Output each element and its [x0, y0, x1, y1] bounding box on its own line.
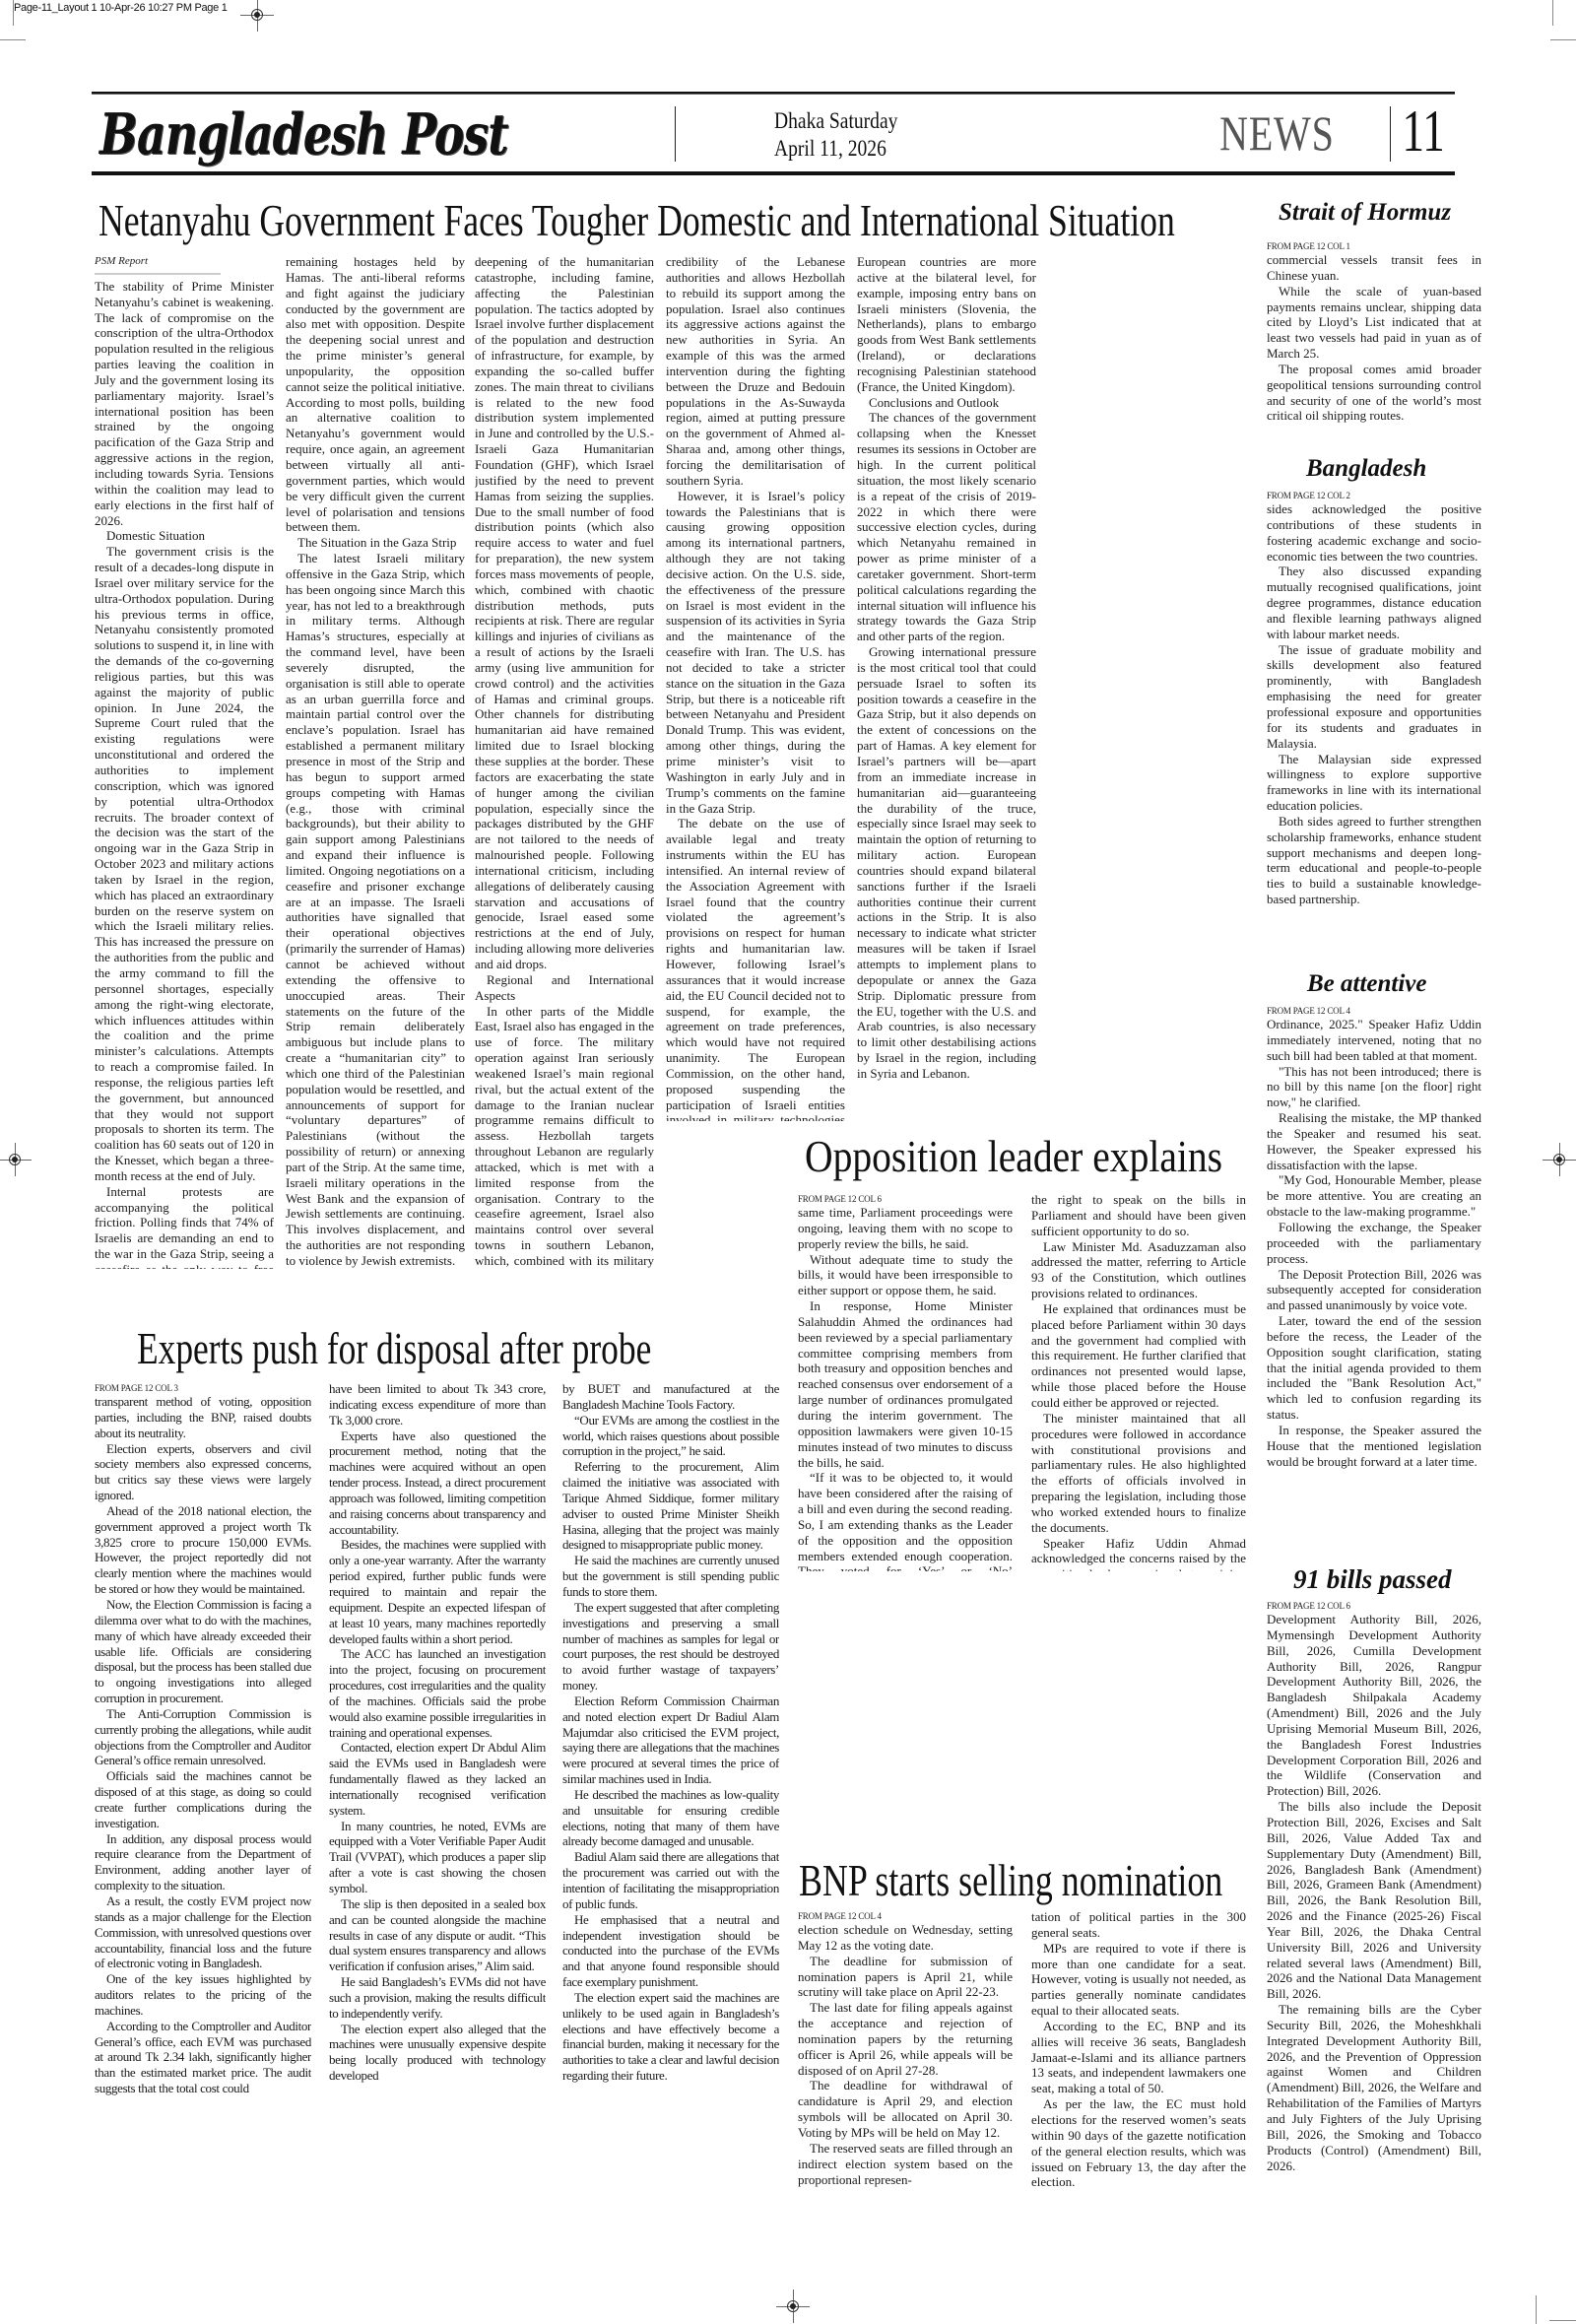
page-number: 11	[1403, 98, 1445, 166]
paragraph: The ACC has launched an investigation in…	[329, 1646, 546, 1740]
col-body: remaining hostages held by Hamas. The an…	[286, 254, 465, 1269]
paragraph: The deadline for submission of nominatio…	[798, 1954, 1013, 2001]
col-body: commercial vessels transit fees in Chine…	[1267, 252, 1481, 424]
paragraph: The issue of graduate mobility and skill…	[1267, 642, 1481, 752]
paragraph: He emphasised that a neutral and indepen…	[562, 1912, 779, 1990]
paragraph: According to the EC, BNP and its allies …	[1031, 2019, 1246, 2096]
paragraph: Election Reform Commission Chairman and …	[562, 1693, 779, 1787]
paragraph: election schedule on Wednesday, setting …	[798, 1922, 1013, 1954]
article-column: PSM Report The stability of Prime Minist…	[95, 254, 274, 1269]
paragraph: The deadline for withdrawal of candidatu…	[798, 2078, 1013, 2140]
masthead: Bangladesh Post Dhaka Saturday April 11,…	[92, 92, 1455, 175]
article-column: tation of political parties in the 300 g…	[1031, 1909, 1246, 2234]
headline-hormuz: Strait of Hormuz	[1279, 199, 1451, 227]
paragraph: deepening of the humanitarian catastroph…	[475, 254, 654, 972]
paragraph: “Our EVMs are among the costliest in the…	[562, 1413, 779, 1460]
paragraph: The election expert said the machines ar…	[562, 1990, 779, 2084]
paragraph: Both sides agreed to further strengthen …	[1267, 814, 1481, 907]
paragraph: The expert suggested that after completi…	[562, 1600, 779, 1693]
subheading: Conclusions and Outlook	[857, 395, 1036, 411]
paragraph: While the scale of yuan-based payments r…	[1267, 284, 1481, 362]
paragraph: The Anti-Corruption Commission is curren…	[95, 1706, 311, 1768]
col-body: The stability of Prime Minister Netanyah…	[95, 279, 274, 1269]
paragraph: Without adequate time to study the bills…	[798, 1252, 1013, 1299]
paragraph: “If it was to be objected to, it would h…	[798, 1470, 1013, 1571]
crop-mark	[0, 39, 26, 40]
paragraph: The election expert also alleged that th…	[329, 2022, 546, 2084]
article-column: FROM PAGE 12 COL 6 same time, Parliament…	[798, 1192, 1013, 1571]
headline-opposition: Opposition leader explains	[805, 1130, 1222, 1182]
paragraph: He explained that ordinances must be pla…	[1031, 1301, 1246, 1411]
col-body: Ordinance, 2025." Speaker Hafiz Uddin im…	[1267, 1017, 1481, 1469]
paragraph: As per the law, the EC must hold electio…	[1031, 2096, 1246, 2190]
dateline: Dhaka Saturday April 11, 2026	[774, 107, 897, 163]
from-page-label: FROM PAGE 12 COL 3	[95, 1381, 311, 1394]
paragraph: He described the machines as low-quality…	[562, 1787, 779, 1849]
paragraph: have been limited to about Tk 343 crore,…	[329, 1381, 546, 1428]
paragraph: In addition, any disposal process would …	[95, 1831, 311, 1893]
paragraph: Internal protests are accompanying the p…	[95, 1184, 274, 1269]
paragraph: Ahead of the 2018 national election, the…	[95, 1503, 311, 1597]
paragraph: Election experts, observers and civil so…	[95, 1441, 311, 1503]
paragraph: remaining hostages held by Hamas. The an…	[286, 254, 465, 535]
crop-mark	[1550, 39, 1576, 40]
paragraph: The minister maintained that all procedu…	[1031, 1411, 1246, 1536]
col-body: tation of political parties in the 300 g…	[1031, 1909, 1246, 2190]
col-body: have been limited to about Tk 343 crore,…	[329, 1381, 546, 2084]
col-body: the right to speak on the bills in Parli…	[1031, 1192, 1246, 1571]
paragraph: He said Bangladesh’s EVMs did not have s…	[329, 1974, 546, 2022]
masthead-divider	[675, 106, 676, 162]
article-column: remaining hostages held by Hamas. The an…	[286, 254, 465, 1269]
paragraph: Contacted, election expert Dr Abdul Alim…	[329, 1740, 546, 1818]
subheading: Regional and International Aspects	[475, 972, 654, 1004]
paragraph: In response, Home Minister Salahuddin Ah…	[798, 1298, 1013, 1470]
paragraph: Badiul Alam said there are allegations t…	[562, 1849, 779, 1911]
paragraph: Following the exchange, the Speaker proc…	[1267, 1220, 1481, 1267]
col-body: election schedule on Wednesday, setting …	[798, 1922, 1013, 2187]
article-column: deepening of the humanitarian catastroph…	[475, 254, 654, 1269]
dateline-date: April 11, 2026	[774, 135, 897, 163]
paragraph: European countries are more active at th…	[857, 254, 1036, 395]
paragraph: In other parts of the Middle East, Israe…	[475, 1004, 654, 1270]
registration-mark-icon	[782, 2295, 804, 2317]
col-body: European countries are more active at th…	[857, 254, 1036, 1082]
paragraph: "My God, Honourable Member, please be mo…	[1267, 1172, 1481, 1220]
article-column: FROM PAGE 12 COL 3 transparent method of…	[95, 1381, 311, 2228]
paragraph: Referring to the procurement, Alim claim…	[562, 1459, 779, 1553]
headline-bills: 91 bills passed	[1293, 1564, 1452, 1595]
masthead-divider	[1390, 106, 1391, 162]
paragraph: transparent method of voting, opposition…	[95, 1394, 311, 1441]
paragraph: Later, toward the end of the session bef…	[1267, 1313, 1481, 1423]
crop-mark	[13, 0, 14, 26]
print-slug: Page-11_Layout 1 10-Apr-26 10:27 PM Page…	[14, 2, 228, 14]
paragraph: credibility of the Lebanese authorities …	[666, 254, 845, 489]
article-column: FROM PAGE 12 COL 1 commercial vessels tr…	[1267, 239, 1481, 446]
paragraph: The bills also include the Deposit Prote…	[1267, 1799, 1481, 2002]
paragraph: The latest Israeli military offensive in…	[286, 551, 465, 1269]
from-page-label: FROM PAGE 12 COL 6	[798, 1192, 1013, 1205]
col-body: same time, Parliament proceedings were o…	[798, 1205, 1013, 1571]
crop-mark	[1549, 2320, 1576, 2321]
registration-mark-icon	[1548, 1149, 1570, 1170]
article-column: credibility of the Lebanese authorities …	[666, 254, 845, 1121]
paragraph: One of the key issues highlighted by aud…	[95, 1971, 311, 2019]
paragraph: However, it is Israel’s policy towards t…	[666, 489, 845, 817]
masthead-top-rule	[92, 92, 1455, 95]
paragraph: Development Authority Bill, 2026, Mymens…	[1267, 1612, 1481, 1799]
paragraph: Experts have also questioned the procure…	[329, 1428, 546, 1538]
paragraph: The reserved seats are filled through an…	[798, 2141, 1013, 2188]
paragraph: Ordinance, 2025." Speaker Hafiz Uddin im…	[1267, 1017, 1481, 1064]
article-column: FROM PAGE 12 COL 4 Ordinance, 2025." Spe…	[1267, 1004, 1481, 1546]
subheading: Domestic Situation	[95, 528, 274, 544]
paragraph: Speaker Hafiz Uddin Ahmad acknowledged t…	[1031, 1536, 1246, 1571]
col-body: credibility of the Lebanese authorities …	[666, 254, 845, 1121]
byline: PSM Report	[95, 254, 221, 275]
article-column: FROM PAGE 12 COL 4 election schedule on …	[798, 1909, 1013, 2234]
article-column: by BUET and manufactured at the Banglade…	[562, 1381, 779, 2228]
section-name: NEWS	[1219, 104, 1335, 162]
paragraph: Besides, the machines were supplied with…	[329, 1537, 546, 1646]
col-body: transparent method of voting, opposition…	[95, 1394, 311, 2096]
headline-netanyahu: Netanyahu Government Faces Tougher Domes…	[98, 194, 1175, 246]
paragraph: commercial vessels transit fees in Chine…	[1267, 252, 1481, 284]
paragraph: He said the machines are currently unuse…	[562, 1553, 779, 1600]
paragraph: The remaining bills are the Cyber Securi…	[1267, 2002, 1481, 2173]
paragraph: The chances of the government collapsing…	[857, 410, 1036, 644]
paragraph: same time, Parliament proceedings were o…	[798, 1205, 1013, 1252]
paragraph: Officials said the machines cannot be di…	[95, 1768, 311, 1830]
paragraph: The last date for filing appeals against…	[798, 2000, 1013, 2078]
paragraph: The proposal comes amid broader geopolit…	[1267, 362, 1481, 424]
paragraph: the right to speak on the bills in Parli…	[1031, 1192, 1246, 1239]
from-page-label: FROM PAGE 12 COL 1	[1267, 239, 1481, 252]
paragraph: tation of political parties in the 300 g…	[1031, 1909, 1246, 1941]
article-column: FROM PAGE 12 COL 6 Development Authority…	[1267, 1599, 1481, 2239]
paragraph: Law Minister Md. Asaduzzaman also addres…	[1031, 1239, 1246, 1301]
paragraph: Realising the mistake, the MP thanked th…	[1267, 1110, 1481, 1172]
paragraph: The government crisis is the result of a…	[95, 544, 274, 1184]
article-column: European countries are more active at th…	[857, 254, 1036, 1121]
paragraph: by BUET and manufactured at the Banglade…	[562, 1381, 779, 1413]
paragraph: The debate on the use of available legal…	[666, 816, 845, 1121]
paragraph: The Deposit Protection Bill, 2026 was su…	[1267, 1267, 1481, 1314]
paragraph: In many countries, he noted, EVMs are eq…	[329, 1819, 546, 1896]
paragraph: Growing international pressure is the mo…	[857, 644, 1036, 1082]
dateline-day: Dhaka Saturday	[774, 107, 897, 135]
paragraph: MPs are required to vote if there is mor…	[1031, 1941, 1246, 2019]
col-body: sides acknowledged the positive contribu…	[1267, 501, 1481, 907]
crop-mark	[1552, 0, 1553, 26]
col-body: Development Authority Bill, 2026, Mymens…	[1267, 1612, 1481, 2173]
paragraph: sides acknowledged the positive contribu…	[1267, 501, 1481, 564]
from-page-label: FROM PAGE 12 COL 4	[1267, 1004, 1481, 1017]
newspaper-logo: Bangladesh Post	[99, 100, 508, 167]
paragraph: They also discussed expanding mutually r…	[1267, 564, 1481, 641]
masthead-bottom-rule	[92, 171, 1455, 175]
registration-mark-icon	[4, 1149, 26, 1170]
crop-mark	[1536, 2295, 1537, 2324]
col-body: by BUET and manufactured at the Banglade…	[562, 1381, 779, 2084]
article-column: FROM PAGE 12 COL 2 sides acknowledged th…	[1267, 489, 1481, 952]
paragraph: The Malaysian side expressed willingness…	[1267, 752, 1481, 814]
paragraph: "This has not been introduced; there is …	[1267, 1064, 1481, 1111]
headline-bnp: BNP starts selling nomination	[799, 1854, 1222, 1906]
headline-attentive: Be attentive	[1307, 970, 1427, 998]
paragraph: As a result, the costly EVM project now …	[95, 1893, 311, 1971]
headline-bangladesh: Bangladesh	[1306, 455, 1426, 483]
col-body: deepening of the humanitarian catastroph…	[475, 254, 654, 1269]
subheading: The Situation in the Gaza Strip	[286, 535, 465, 551]
article-column: have been limited to about Tk 343 crore,…	[329, 1381, 546, 2228]
from-page-label: FROM PAGE 12 COL 4	[798, 1909, 1013, 1922]
paragraph: Now, the Election Commission is facing a…	[95, 1597, 311, 1706]
from-page-label: FROM PAGE 12 COL 6	[1267, 1599, 1481, 1612]
from-page-label: FROM PAGE 12 COL 2	[1267, 489, 1481, 501]
paragraph: The slip is then deposited in a sealed b…	[329, 1896, 546, 1974]
headline-experts: Experts push for disposal after probe	[137, 1322, 651, 1374]
paragraph: In response, the Speaker assured the Hou…	[1267, 1423, 1481, 1470]
article-column: the right to speak on the bills in Parli…	[1031, 1192, 1246, 1571]
registration-mark-icon	[246, 4, 268, 26]
paragraph: The stability of Prime Minister Netanyah…	[95, 279, 274, 529]
paragraph: According to the Comptroller and Auditor…	[95, 2019, 311, 2096]
